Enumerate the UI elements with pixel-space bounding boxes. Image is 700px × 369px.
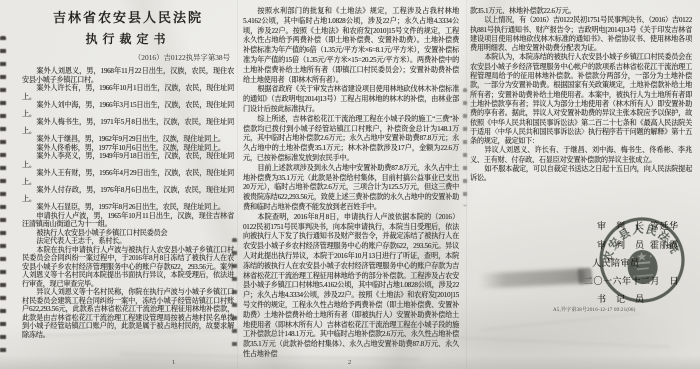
party-line: 法定代表人王志千，系村长。 [22, 237, 234, 246]
paragraph: 本院查明，2016年8月8日，申请执行人卢波依据本院的（2016）0122民初1… [243, 213, 459, 360]
scan-stamp-note: A5,异字第38号2016-12-17 09:21(06) [553, 306, 635, 313]
ruling-line: 异议人刘恩义、许长有、于继昌、刘中海、梅书生、佟希彬、李兆义、王有财、付存政、石… [470, 146, 692, 165]
seal-emblem [626, 249, 659, 285]
page-1-body: 案外人刘恩义，男，1968年11月22日出生，汉族，农民，现住农安县小城子乡镇江… [22, 67, 234, 339]
paragraph: 本院在执行申请执行人卢波与被执行人农安县小城子乡镇江口村民委员会合同纠纷一案过程… [22, 246, 234, 289]
party-line: 案外人许长有，男，1966年10月1日出生，汉族，农民，现住址同上。 [22, 84, 234, 101]
party-line: 案外人佟希彬，男，1977年10月6日出生，汉族，现住址同上。 [22, 144, 234, 153]
court-name: 吉林省农安县人民法院 [22, 7, 234, 26]
party-line: 案外人刘中海，男，1966年3月15日出生，汉族，农民，现住址同上。 [22, 101, 234, 118]
party-line: 申请执行人卢波，男，1965年10月11日出生，汉族，现住吉林省汪清镇南山街道己… [22, 212, 234, 229]
paragraph: 以上情况，有（2016）吉0122民初1751号民事判决书、（2016）吉012… [470, 16, 692, 53]
court-seal: 农安县人民法院 [590, 208, 694, 312]
page-3-body: 款35.1万元、林地补偿款22.6万元。 以上情况，有（2016）吉0122民初… [470, 7, 692, 184]
scan-edge-marks [463, 88, 467, 206]
party-line: 被执行人农安县小城子乡镇江口村民委员会 [22, 229, 234, 238]
party-line: 案外人梅书生，男，1971年5月8日出生，汉族，农民，现住址同上。 [22, 118, 234, 135]
paragraph: 款35.1万元、林地补偿款22.6万元。 [470, 7, 692, 16]
party-line: 案外人王有财，男，1956年4月29日出生，汉族，农民，现住址同上。 [22, 169, 234, 186]
document-page-3: 款35.1万元、林地补偿款22.6万元。 以上情况，有（2016）吉0122民初… [470, 0, 692, 369]
paragraph: 根据省政府《关于审发吉林省建设项目使用林地砍伐林木补偿标准的通知》（吉政明电[2… [243, 85, 459, 114]
faded-stamp-mark [577, 267, 593, 284]
page-split-line [466, 0, 467, 369]
document-title: 执行裁定书 [22, 30, 234, 47]
paragraph: 异议人刘恩义等十名村民称，你院在执行卢波与小城子乡镇江口村民委员会建筑工程合同纠… [22, 288, 234, 339]
page-split-line [237, 0, 238, 369]
party-line: 案外人石显臣，男，1957年8月26日出生，农民，现住址同上。 [22, 203, 234, 212]
paragraph: 本院认为，本院冻结的被执行人农安县小城子乡镇江口村民委员会在农安县小城子乡经济管… [470, 53, 692, 146]
page-number-1: 1 [172, 359, 175, 366]
paragraph: 目前上述款项涉及到永久占地中安置补助费87.8万元，永久占中土地补偿费为35.1… [243, 164, 459, 213]
page-2-body: 按照水利部门的批复和《土地法》规定，工程涉及占我村林地5.4162公顷，其中临时… [243, 7, 459, 360]
paragraph: 综上所述，吉林省松花江干流治理工程在小城子段的施工“三费”补偿款均已拨付到小城子… [243, 115, 459, 164]
case-number: （2016）吉0122执异字第38号 [22, 52, 230, 63]
party-line: 案外人付存政，男，1976年8月6日出生，汉族，农民，现住址同上。 [22, 186, 234, 203]
document-page-2: 按照水利部门的批复和《土地法》规定，工程涉及占我村林地5.4162公顷，其中临时… [243, 0, 459, 369]
party-line: 案外人于继昌，男，1962年9月29日出生，汉族，现住址同上。 [22, 135, 234, 144]
party-line: 案外人李亮义，男，1949年9月18日出生，汉族，农民，现住址同上。 [22, 152, 234, 169]
scan-edge-marks [0, 36, 6, 356]
appeal-notice: 如不服本裁定，可以自裁定书送达之日起十五日内，向人民法院提起诉讼。 [470, 165, 692, 184]
document-page-1: 吉林省农安县人民法院 执行裁定书 （2016）吉0122执异字第38号 案外人刘… [22, 0, 234, 369]
scanned-court-document: 吉林省农安县人民法院 执行裁定书 （2016）吉0122执异字第38号 案外人刘… [0, 0, 700, 369]
page-number-2: 2 [348, 359, 351, 366]
paragraph: 按照水利部门的批复和《土地法》规定，工程涉及占我村林地5.4162公顷，其中临时… [243, 7, 459, 85]
party-line: 案外人刘恩义，男，1968年11月22日出生，汉族，农民，现住农安县小城子乡镇江… [22, 67, 234, 84]
